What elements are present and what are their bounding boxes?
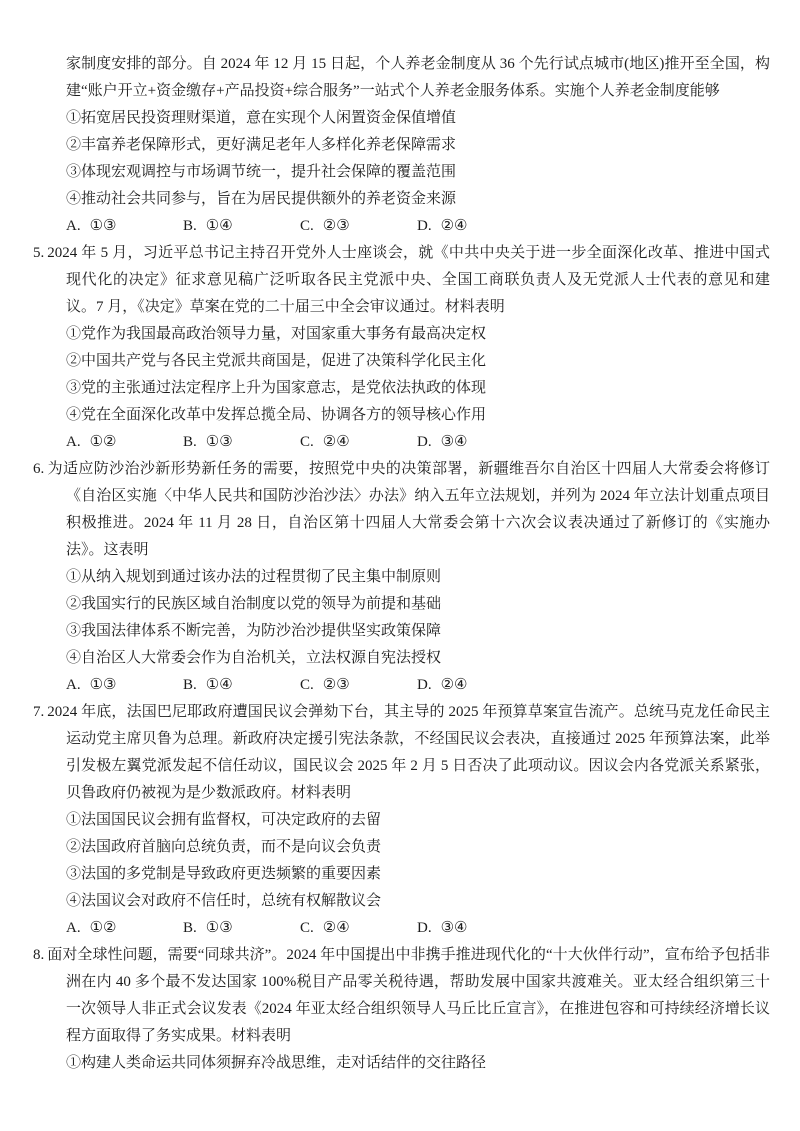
question-stem: 6.为适应防沙治沙新形势新任务的需要，按照党中央的决策部署，新疆维吾尔自治区十四… [66,456,770,564]
answer-choice-c: C.②③ [300,213,417,240]
exam-page: 家制度安排的部分。自 2024 年 12 月 15 日起，个人养老金制度从 36… [0,0,800,1077]
answer-label: C. [300,915,314,942]
option-line-2: ②法国政府首脑向总统负责，而不是向议会负责 [66,834,770,861]
question-stem-text: 2024 年底，法国巴尼耶政府遭国民议会弹劾下台，其主导的 2025 年预算草案… [47,704,770,801]
answer-choice-a: A.①② [66,915,183,942]
answer-choice-b: B.①③ [183,915,300,942]
answer-choice-a: A.①② [66,429,183,456]
answer-choice-d: D.③④ [417,915,468,942]
answer-row: A.①③ B.①④ C.②③ D.②④ [66,672,770,699]
question-stem-text: 家制度安排的部分。自 2024 年 12 月 15 日起，个人养老金制度从 36… [66,56,770,99]
question-block-4: 家制度安排的部分。自 2024 年 12 月 15 日起，个人养老金制度从 36… [0,51,770,240]
answer-label: A. [66,429,81,456]
answer-value: ③④ [441,429,468,456]
question-stem-text: 2024 年 5 月，习近平总书记主持召开党外人士座谈会，就《中共中央关于进一步… [47,245,770,315]
answer-value: ②③ [323,672,350,699]
question-stem: 5.2024 年 5 月，习近平总书记主持召开党外人士座谈会，就《中共中央关于进… [66,240,770,321]
answer-row: A.①③ B.①④ C.②③ D.②④ [66,213,770,240]
question-stem: 7.2024 年底，法国巴尼耶政府遭国民议会弹劾下台，其主导的 2025 年预算… [66,699,770,807]
question-number: 6. [33,461,44,477]
answer-row: A.①② B.①③ C.②④ D.③④ [66,915,770,942]
answer-choice-a: A.①③ [66,672,183,699]
question-block-8: 8.面对全球性问题，需要“同球共济”。2024 年中国提出中非携手推进现代化的“… [0,942,770,1077]
answer-label: C. [300,213,314,240]
answer-value: ①④ [206,213,233,240]
answer-value: ①③ [90,672,117,699]
answer-value: ③④ [441,915,468,942]
answer-row: A.①② B.①③ C.②④ D.③④ [66,429,770,456]
answer-label: D. [417,672,432,699]
answer-value: ①② [90,429,117,456]
option-line-3: ③我国法律体系不断完善，为防沙治沙提供坚实政策保障 [66,618,770,645]
answer-choice-b: B.①④ [183,672,300,699]
answer-label: C. [300,429,314,456]
question-number: 8. [33,947,44,963]
answer-value: ②④ [323,429,350,456]
answer-label: B. [183,915,197,942]
option-line-1: ①法国国民议会拥有监督权，可决定政府的去留 [66,807,770,834]
answer-value: ②④ [323,915,350,942]
answer-value: ①③ [206,915,233,942]
question-stem-text: 面对全球性问题，需要“同球共济”。2024 年中国提出中非携手推进现代化的“十大… [47,947,770,1044]
option-line-1: ①拓宽居民投资理财渠道，意在实现个人闲置资金保值增值 [66,105,770,132]
answer-choice-c: C.②④ [300,915,417,942]
question-stem-text: 为适应防沙治沙新形势新任务的需要，按照党中央的决策部署，新疆维吾尔自治区十四届人… [47,461,770,558]
answer-label: D. [417,213,432,240]
answer-value: ②④ [441,213,468,240]
question-number: 5. [33,245,44,261]
option-line-2: ②中国共产党与各民主党派共商国是，促进了决策科学化民主化 [66,348,770,375]
answer-label: A. [66,672,81,699]
answer-choice-c: C.②④ [300,429,417,456]
question-block-7: 7.2024 年底，法国巴尼耶政府遭国民议会弹劾下台，其主导的 2025 年预算… [0,699,770,942]
option-line-1: ①从纳入规划到通过该办法的过程贯彻了民主集中制原则 [66,564,770,591]
answer-label: C. [300,672,314,699]
question-number: 7. [33,704,44,720]
answer-value: ②④ [441,672,468,699]
answer-choice-b: B.①③ [183,429,300,456]
answer-label: B. [183,672,197,699]
answer-choice-c: C.②③ [300,672,417,699]
answer-label: B. [183,429,197,456]
question-block-6: 6.为适应防沙治沙新形势新任务的需要，按照党中央的决策部署，新疆维吾尔自治区十四… [0,456,770,699]
answer-choice-a: A.①③ [66,213,183,240]
answer-value: ②③ [323,213,350,240]
answer-label: A. [66,213,81,240]
option-line-4: ④法国议会对政府不信任时，总统有权解散议会 [66,888,770,915]
answer-choice-d: D.②④ [417,213,468,240]
answer-label: D. [417,915,432,942]
option-line-3: ③党的主张通过法定程序上升为国家意志，是党依法执政的体现 [66,375,770,402]
answer-label: A. [66,915,81,942]
option-line-4: ④自治区人大常委会作为自治机关，立法权源自宪法授权 [66,645,770,672]
option-line-4: ④党在全面深化改革中发挥总揽全局、协调各方的领导核心作用 [66,402,770,429]
question-block-5: 5.2024 年 5 月，习近平总书记主持召开党外人士座谈会，就《中共中央关于进… [0,240,770,456]
option-line-4: ④推动社会共同参与，旨在为居民提供额外的养老资金来源 [66,186,770,213]
option-line-1: ①构建人类命运共同体须摒弃冷战思维，走对话结伴的交往路径 [66,1050,770,1077]
option-line-2: ②丰富养老保障形式，更好满足老年人多样化养老保障需求 [66,132,770,159]
answer-choice-d: D.②④ [417,672,468,699]
answer-label: B. [183,213,197,240]
question-stem: 8.面对全球性问题，需要“同球共济”。2024 年中国提出中非携手推进现代化的“… [66,942,770,1050]
answer-value: ①② [90,915,117,942]
answer-choice-b: B.①④ [183,213,300,240]
option-line-1: ①党作为我国最高政治领导力量，对国家重大事务有最高决定权 [66,321,770,348]
answer-value: ①③ [206,429,233,456]
option-line-3: ③法国的多党制是导致政府更迭频繁的重要因素 [66,861,770,888]
option-line-2: ②我国实行的民族区域自治制度以党的领导为前提和基础 [66,591,770,618]
answer-value: ①④ [206,672,233,699]
answer-label: D. [417,429,432,456]
answer-value: ①③ [90,213,117,240]
question-stem: 家制度安排的部分。自 2024 年 12 月 15 日起，个人养老金制度从 36… [66,51,770,105]
answer-choice-d: D.③④ [417,429,468,456]
option-line-3: ③体现宏观调控与市场调节统一，提升社会保障的覆盖范围 [66,159,770,186]
